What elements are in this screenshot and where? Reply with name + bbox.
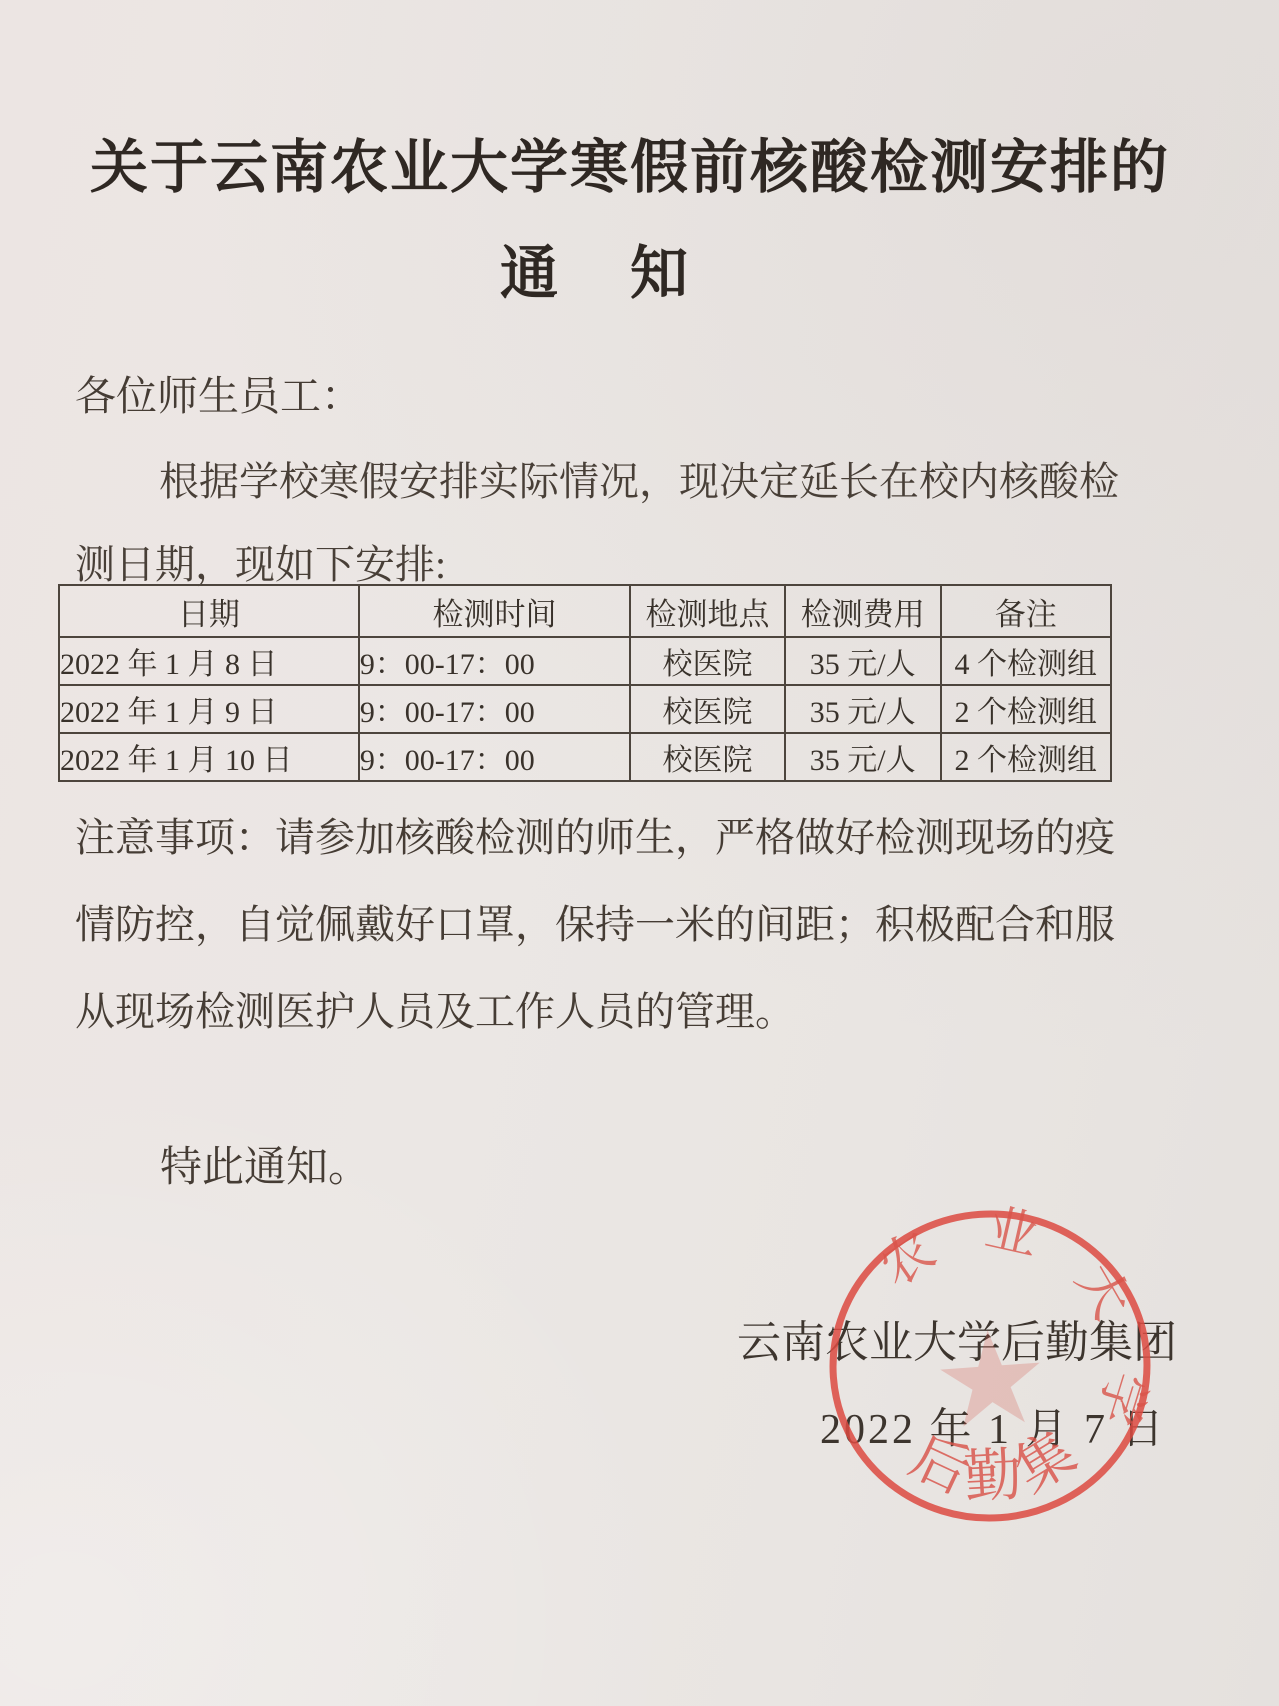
table-cell-location: 校医院	[630, 637, 785, 685]
table-cell-date: 2022 年 1 月 9 日	[59, 685, 359, 733]
table-cell-date: 2022 年 1 月 8 日	[59, 637, 359, 685]
table-row: 2022 年 1 月 9 日 9：00-17：00 校医院 35 元/人 2 个…	[59, 685, 1111, 733]
table-cell-fee: 35 元/人	[785, 733, 941, 781]
notes-line-1: 注意事项：请参加核酸检测的师生，严格做好检测现场的疫	[75, 794, 1160, 881]
notes-line-3: 从现场检测医护人员及工作人员的管理。	[75, 968, 1160, 1055]
header-cell-location: 检测地点	[630, 585, 785, 637]
table-row: 2022 年 1 月 8 日 9：00-17：00 校医院 35 元/人 4 个…	[59, 637, 1111, 685]
issue-date: 2022 年 1 月 7 日	[820, 1396, 1167, 1456]
notice-title-line2: 通知	[0, 226, 1260, 310]
header-cell-time: 检测时间	[359, 585, 630, 637]
table-cell-time: 9：00-17：00	[359, 733, 630, 781]
header-cell-remark: 备注	[941, 585, 1111, 637]
header-cell-fee: 检测费用	[785, 585, 941, 637]
table-header-row: 日期 检测时间 检测地点 检测费用 备注	[59, 585, 1111, 637]
header-cell-date: 日期	[59, 585, 359, 637]
salutation: 各位师生员工：	[75, 363, 362, 422]
table-cell-remark: 4 个检测组	[941, 637, 1111, 685]
table-cell-location: 校医院	[630, 685, 785, 733]
intro-line-1: 根据学校寒假安排实际情况，现决定延长在校内核酸检	[75, 440, 1150, 523]
table-cell-fee: 35 元/人	[785, 637, 941, 685]
notice-document-photo: 关于云南农业大学寒假前核酸检测安排的 通知 各位师生员工： 根据学校寒假安排实际…	[0, 0, 1279, 1706]
notice-title-line1: 关于云南农业大学寒假前核酸检测安排的	[0, 120, 1260, 204]
closing-line: 特此通知。	[160, 1134, 370, 1194]
table-cell-date: 2022 年 1 月 10 日	[59, 733, 359, 781]
notes-line-2: 情防控，自觉佩戴好口罩，保持一米的间距；积极配合和服	[75, 881, 1160, 968]
notes-paragraph: 注意事项：请参加核酸检测的师生，严格做好检测现场的疫 情防控，自觉佩戴好口罩，保…	[75, 794, 1160, 1055]
table-cell-time: 9：00-17：00	[359, 685, 630, 733]
intro-paragraph: 根据学校寒假安排实际情况，现决定延长在校内核酸检 测日期，现如下安排:	[75, 440, 1150, 606]
table-cell-remark: 2 个检测组	[941, 685, 1111, 733]
schedule-table: 日期 检测时间 检测地点 检测费用 备注 2022 年 1 月 8 日 9：00…	[58, 584, 1112, 782]
issuer-signature: 云南农业大学后勤集团	[737, 1306, 1177, 1370]
table-row: 2022 年 1 月 10 日 9：00-17：00 校医院 35 元/人 2 …	[59, 733, 1111, 781]
table-cell-time: 9：00-17：00	[359, 637, 630, 685]
table-cell-remark: 2 个检测组	[941, 733, 1111, 781]
table-cell-location: 校医院	[630, 733, 785, 781]
table-cell-fee: 35 元/人	[785, 685, 941, 733]
